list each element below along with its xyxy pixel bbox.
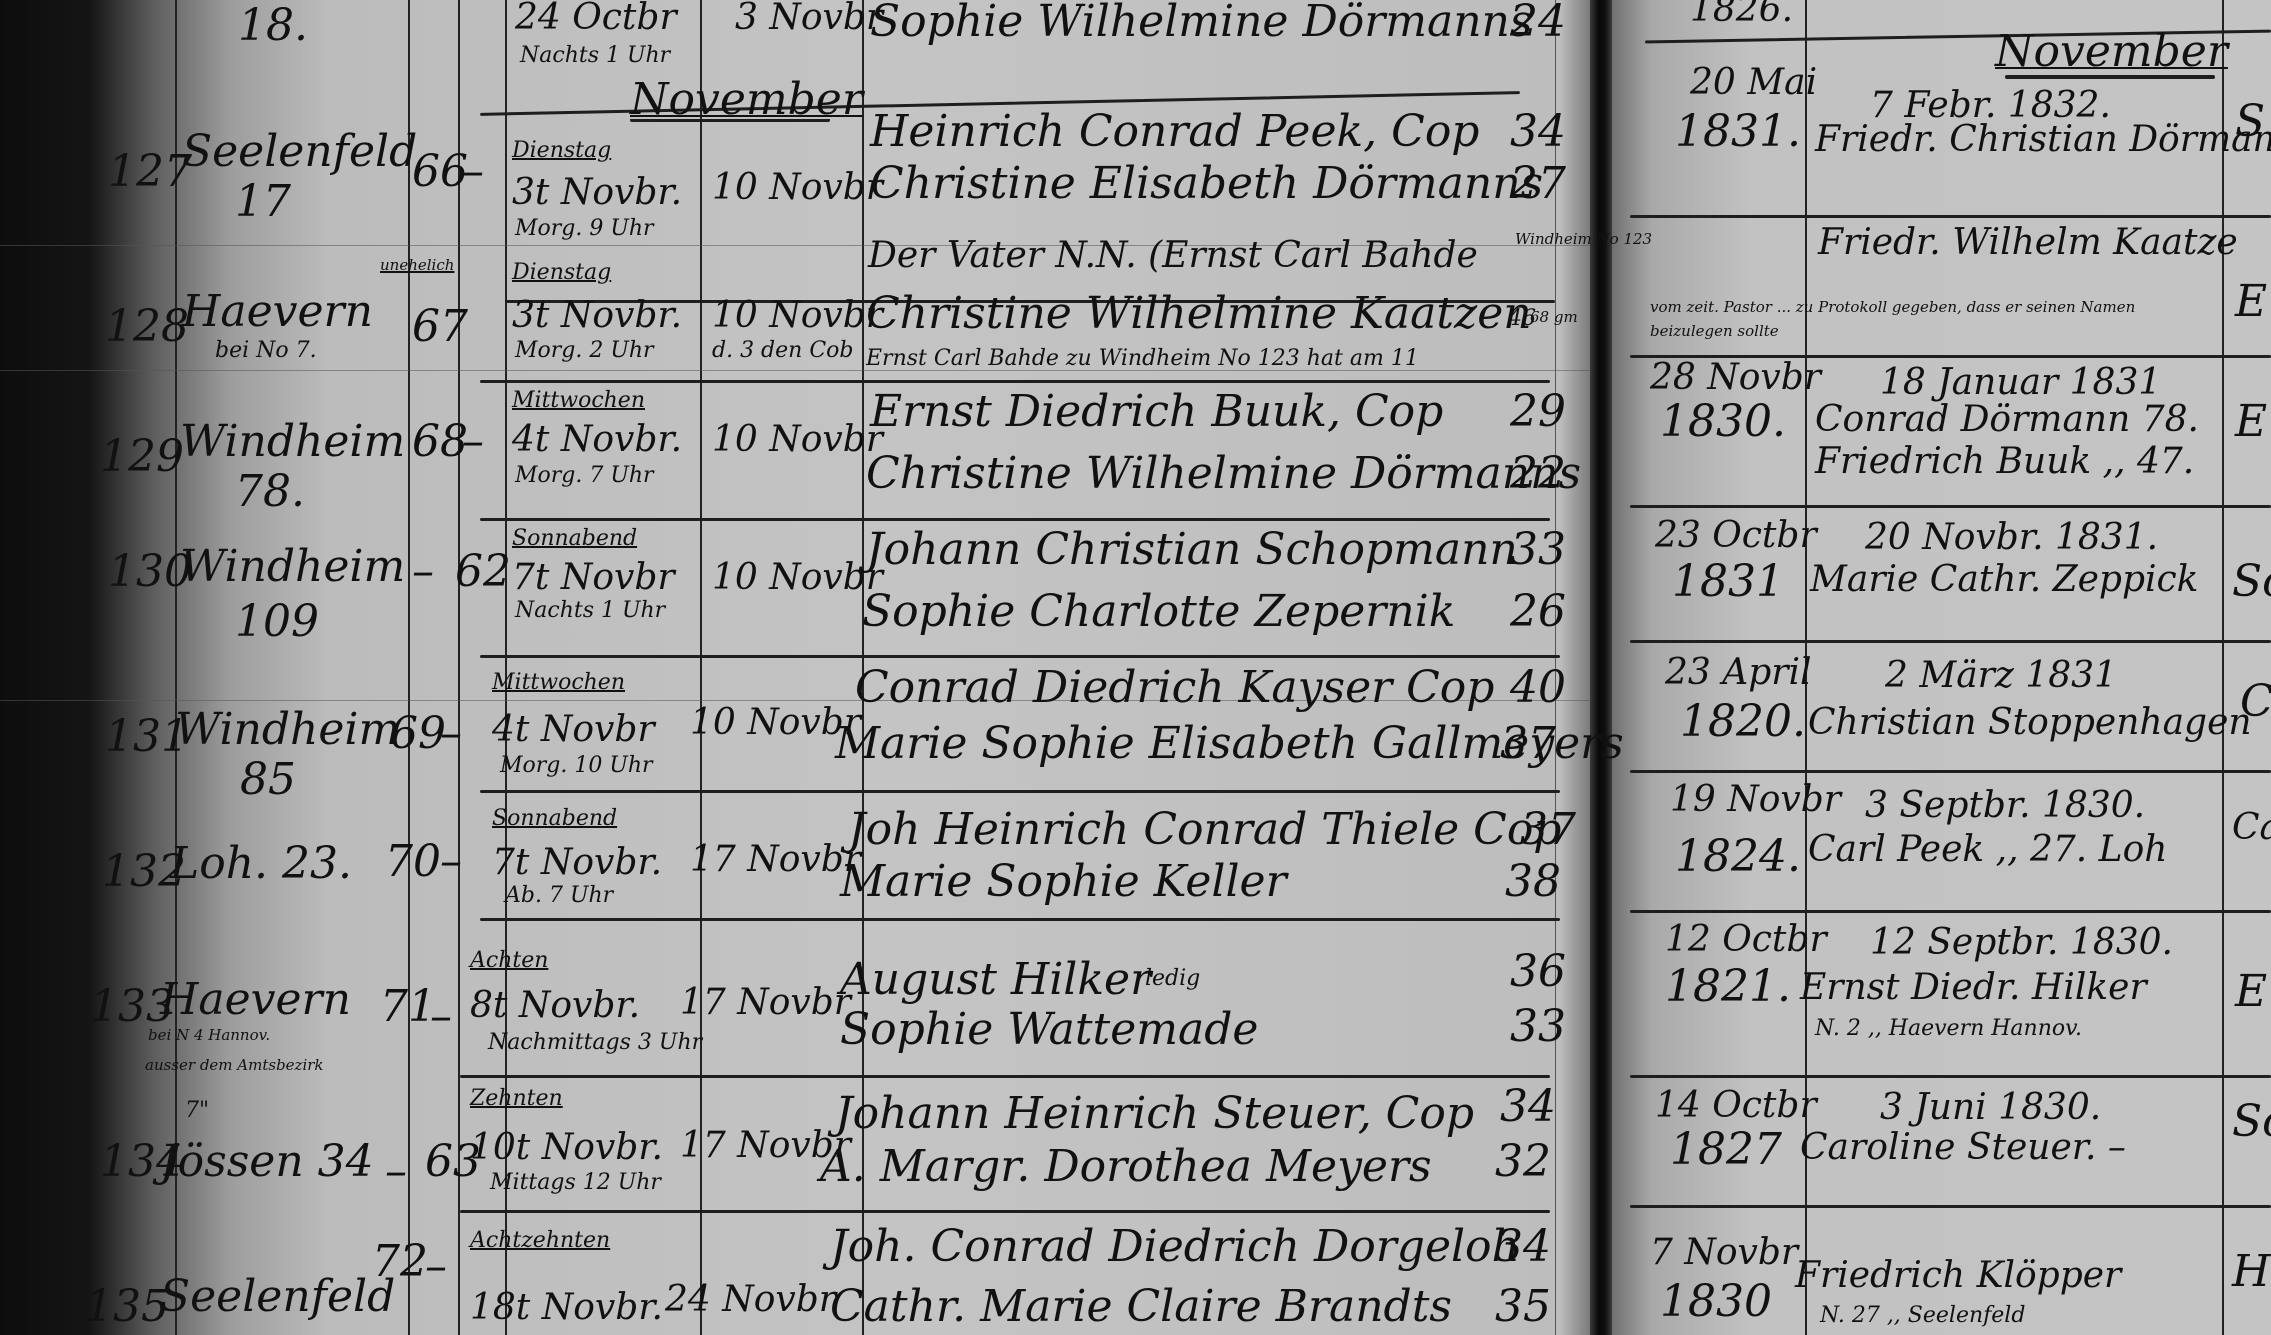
- birth-year: 1820.: [1680, 700, 1806, 744]
- entry-proclaim-time: Morg. 2 Uhr: [515, 340, 654, 362]
- next-col-glyph: So: [2232, 1100, 2271, 1144]
- entry-place: Windheim: [175, 708, 400, 752]
- entry-marriage-date: 10 Novbr: [712, 298, 883, 334]
- entry-reg-dash: –: [462, 150, 484, 194]
- row-divider: [460, 1075, 1550, 1078]
- entry-bride-age: 26: [1510, 590, 1566, 634]
- carryover-house-no: 18.: [238, 4, 308, 48]
- entry-bride-age: 27: [1510, 162, 1566, 206]
- next-col-glyph: Ca: [2232, 810, 2271, 846]
- entry-weekday: Sonnabend: [512, 528, 637, 550]
- entry-bride: Cathr. Marie Claire Brandts: [830, 1285, 1452, 1329]
- entry-reg-dash: –: [462, 420, 484, 464]
- next-col-glyph: He: [2232, 1250, 2271, 1294]
- entry-house: bei No 7.: [215, 340, 317, 362]
- birth-year: 1831.: [1675, 110, 1801, 154]
- entry-bride-age: 33: [1510, 1005, 1566, 1049]
- entry-house-note: ausser dem Amtsbezirk: [145, 1058, 324, 1073]
- entry-groom: Johann Heinrich Steuer, Cop: [835, 1092, 1474, 1136]
- entry-place: Jössen 34: [160, 1140, 374, 1184]
- row-divider: [480, 380, 1550, 383]
- annotation-note: vom zeit. Pastor ... zu Protokoll gegebe…: [1650, 295, 2220, 343]
- entry-reg-no: 62: [455, 550, 511, 594]
- entry-place: Windheim: [180, 545, 405, 589]
- entry-proclaim-time: Morg. 9 Uhr: [515, 218, 654, 240]
- entry-place: Seelenfeld: [182, 130, 417, 174]
- carryover-bride: Sophie Wilhelmine Dörmanns: [870, 0, 1532, 44]
- birth-date: 7 Novbr: [1650, 1235, 1798, 1271]
- entry-reg-dash: –: [412, 550, 434, 594]
- child-date: 12 Septbr. 1830.: [1870, 925, 2173, 961]
- next-col-glyph: C: [2240, 680, 2271, 724]
- birth-date: 12 Octbr: [1665, 922, 1827, 958]
- entry-bride-age: 37: [1500, 722, 1556, 766]
- entry-bride: Marie Sophie Keller: [840, 860, 1287, 904]
- entry-proclaim-time: Ab. 7 Uhr: [505, 885, 613, 907]
- row-divider: [1630, 640, 2271, 643]
- child-name-2: N. 27 ,, Seelenfeld: [1820, 1305, 2025, 1327]
- birth-year: 1830: [1660, 1280, 1772, 1324]
- next-col-glyph: So: [2232, 560, 2271, 604]
- entry-reg-dash: –: [430, 995, 452, 1039]
- entry-proclaim-date: 7t Novbr.: [492, 845, 662, 881]
- entry-reg-no: 69: [390, 712, 446, 756]
- column-rule: [2222, 0, 2224, 1335]
- entry-no: 135: [85, 1285, 169, 1329]
- entry-place: Windheim: [180, 420, 405, 464]
- child-name: Conrad Dörmann 78.: [1815, 402, 2199, 438]
- entry-proclaim-time: Morg. 10 Uhr: [500, 755, 653, 777]
- entry-groom: August Hilker: [840, 958, 1151, 1002]
- entry-bride-age: 22: [1510, 452, 1566, 496]
- entry-groom-age: 33: [1510, 528, 1566, 572]
- entry-bride: A. Margr. Dorothea Meyers: [820, 1145, 1432, 1189]
- child-date: 20 Novbr. 1831.: [1865, 520, 2158, 556]
- entry-house: 85: [240, 758, 296, 802]
- next-col-glyph: E: [2235, 970, 2267, 1014]
- entry-reg-dash: –: [425, 1245, 447, 1289]
- entry-groom-age: 34: [1500, 1085, 1556, 1129]
- entry-marriage-date: 24 Novbr: [665, 1282, 836, 1318]
- entry-reg-no: 70: [385, 840, 441, 884]
- entry-reg-no: 72: [372, 1240, 428, 1284]
- entry-groom: Der Vater N.N. (Ernst Carl Bahde: [868, 238, 1478, 274]
- entry-bride-age: 32: [1495, 1140, 1551, 1184]
- entry-marriage-date: 10 Novbr: [712, 560, 883, 596]
- child-date: 18 Januar 1831: [1880, 365, 2161, 401]
- entry-proclaim-date: 3t Novbr.: [512, 175, 682, 211]
- entry-groom: Heinrich Conrad Peek, Cop: [870, 110, 1479, 154]
- child-name: Carl Peek ,, 27. Loh: [1808, 832, 2167, 868]
- entry-weekday: Zehnten: [470, 1088, 563, 1110]
- birth-year: 1830.: [1660, 400, 1786, 444]
- entry-groom-age: 34: [1495, 1225, 1551, 1269]
- row-divider: [1630, 770, 2271, 773]
- entry-bride: Christine Wilhelmine Kaatzen: [866, 292, 1532, 336]
- entry-place: Haevern: [160, 978, 351, 1022]
- entry-bride-age: 35: [1495, 1285, 1551, 1329]
- birth-year: 1824.: [1675, 835, 1801, 879]
- entry-groom: Joh. Conrad Diedrich Dorgeloh: [830, 1225, 1520, 1269]
- row-divider: [1630, 910, 2271, 913]
- entry-groom-age: 40: [1510, 666, 1566, 710]
- child-name-2: Friedrich Buuk ,, 47.: [1815, 444, 2194, 480]
- entry-marriage-date: 10 Novbr: [712, 422, 883, 458]
- carryover-proclaim-time: Nachts 1 Uhr: [520, 45, 670, 67]
- entry-no: 129: [100, 435, 184, 479]
- entry-weekday: Achten: [470, 950, 548, 972]
- row-divider: [1630, 505, 2271, 508]
- entry-proclaim-time: Morg. 7 Uhr: [515, 465, 654, 487]
- entry-bride: Christine Elisabeth Dörmanns: [870, 162, 1543, 206]
- entry-weekday: Mittwochen: [512, 390, 645, 412]
- entry-groom-note: ledig: [1145, 968, 1200, 990]
- entry-place: Seelenfeld: [160, 1275, 395, 1319]
- column-rule: [458, 0, 460, 1335]
- next-col-glyph: E: [2235, 280, 2267, 324]
- entry-reg-no: 66: [412, 150, 468, 194]
- entry-groom: Johann Christian Schopmann: [866, 528, 1518, 572]
- entry-bride-age: 38: [1505, 860, 1561, 904]
- row-divider: [1630, 1075, 2271, 1078]
- entry-place: Loh. 23.: [170, 842, 352, 886]
- entry-groom-side-note: Windheim No 123: [1515, 232, 1652, 247]
- entry-marriage-date: 17 Novbr: [690, 842, 861, 878]
- month-header-left: November: [630, 78, 863, 122]
- birth-date: 14 Octbr: [1655, 1088, 1817, 1124]
- entry-groom: Joh Heinrich Conrad Thiele Cop: [848, 808, 1561, 852]
- entry-reg-dash: –: [385, 1150, 407, 1194]
- birth-year: 1821.: [1665, 965, 1791, 1009]
- column-rule: [408, 0, 410, 1335]
- right-carryover-date: 1826.: [1690, 0, 1793, 28]
- entry-house: bei N 4 Hannov.: [148, 1028, 270, 1043]
- entry-marriage-date: 17 Novbr: [680, 985, 851, 1021]
- entry-weekday: Achtzehnten: [470, 1230, 610, 1252]
- row-divider: [480, 918, 1560, 921]
- child-name: Ernst Diedr. Hilker: [1800, 970, 2147, 1006]
- child-name: Friedr. Wilhelm Kaatze: [1818, 225, 2238, 261]
- row-divider: [1630, 215, 2271, 218]
- row-divider: [460, 1210, 1550, 1213]
- entry-groom-age: 37: [1520, 808, 1576, 852]
- entry-house: 78.: [235, 470, 305, 514]
- entry-proclaim-time: Nachts 1 Uhr: [515, 600, 665, 622]
- entry-proclaim-date: 3t Novbr.: [512, 298, 682, 334]
- carryover-bride-age: 24: [1510, 0, 1566, 44]
- entry-proclaim-date: 18t Novbr.: [470, 1290, 663, 1326]
- entry-house: 7": [185, 1100, 209, 1122]
- entry-proclaim-date: 8t Novbr.: [470, 988, 640, 1024]
- entry-weekday: Dienstag: [512, 140, 611, 162]
- child-date: 3 Septbr. 1830.: [1865, 788, 2145, 824]
- child-name: Caroline Steuer. –: [1800, 1130, 2126, 1166]
- carryover-marriage-date: 3 Novbr: [735, 0, 883, 36]
- entry-groom-age: 34: [1510, 110, 1566, 154]
- entry-place: Haevern: [182, 290, 373, 334]
- entry-no: 127: [108, 150, 192, 194]
- entry-proclaim-date: 10t Novbr.: [470, 1130, 663, 1166]
- child-name: Christian Stoppenhagen: [1808, 705, 2252, 741]
- entry-groom: Ernst Diedrich Buuk, Cop: [870, 390, 1443, 434]
- entry-reg-no: 68: [412, 420, 468, 464]
- row-divider: [1630, 1205, 2271, 1208]
- entry-marriage-date: 10 Novbr: [712, 170, 883, 206]
- entry-house: 109: [235, 600, 319, 644]
- birth-date: 23 Octbr: [1655, 518, 1817, 554]
- entry-proclaim-time: Mittags 12 Uhr: [490, 1172, 661, 1194]
- entry-bride-side-note: 68 gm: [1530, 310, 1578, 325]
- entry-proclaim-date: 4t Novbr: [492, 712, 655, 748]
- column-rule: [175, 0, 177, 1335]
- entry-groom: Conrad Diedrich Kayser Cop: [855, 666, 1494, 710]
- birth-date: 28 Novbr: [1650, 360, 1821, 396]
- entry-extra-note: Ernst Carl Bahde zu Windheim No 123 hat …: [866, 348, 1419, 370]
- child-name-2: N. 2 ,, Haevern Hannov.: [1815, 1018, 2082, 1040]
- next-col-glyph: S: [2235, 100, 2265, 144]
- book-gutter: [1590, 0, 1612, 1335]
- entry-proclaim-date: 4t Novbr.: [512, 422, 682, 458]
- entry-weekday: Sonnabend: [492, 808, 617, 830]
- entry-bride: Sophie Wattemade: [840, 1008, 1258, 1052]
- child-name: Friedr. Christian Dörmann: [1815, 122, 2271, 158]
- entry-proclaim-date: 7t Novbr: [512, 560, 675, 596]
- birth-date: 23 April: [1665, 655, 1812, 691]
- row-divider: [480, 518, 1550, 521]
- entry-reg-no: 67: [412, 305, 468, 349]
- birth-year: 1831: [1672, 560, 1784, 604]
- entry-proclaim-time: Nachmittags 3 Uhr: [488, 1032, 702, 1054]
- birth-date: 20 Mai: [1690, 65, 1817, 101]
- carryover-proclaim-date: 24 Octbr: [515, 0, 677, 36]
- child-date: 3 Juni 1830.: [1880, 1090, 2101, 1126]
- entry-bride: Sophie Charlotte Zepernik: [862, 590, 1455, 634]
- entry-no: 128: [105, 305, 189, 349]
- child-name: Marie Cathr. Zeppick: [1810, 562, 2199, 598]
- entry-weekday: Dienstag: [512, 262, 611, 284]
- row-divider: [480, 790, 1560, 793]
- entry-reg-dash: –: [440, 840, 462, 884]
- birth-year: 1827: [1670, 1128, 1782, 1172]
- birth-date: 19 Novbr: [1670, 782, 1841, 818]
- entry-bride: Christine Wilhelmine Dörmanns: [866, 452, 1581, 496]
- entry-groom-age: 29: [1510, 390, 1566, 434]
- row-divider: [480, 655, 1560, 658]
- entry-reg-no: 71: [380, 985, 436, 1029]
- entry-marriage-note: d. 3 den Cob: [712, 340, 854, 362]
- month-header-right: November: [1995, 30, 2228, 74]
- next-col-glyph: E: [2235, 400, 2267, 444]
- entry-reg-note: unehelich: [380, 258, 454, 273]
- entry-weekday: Mittwochen: [492, 672, 625, 694]
- entry-reg-dash: –: [440, 712, 462, 756]
- child-date: 2 März 1831: [1885, 658, 2117, 694]
- entry-house: 17: [235, 180, 291, 224]
- entry-groom-age: 36: [1510, 950, 1566, 994]
- child-name: Friedrich Klöpper: [1795, 1258, 2121, 1294]
